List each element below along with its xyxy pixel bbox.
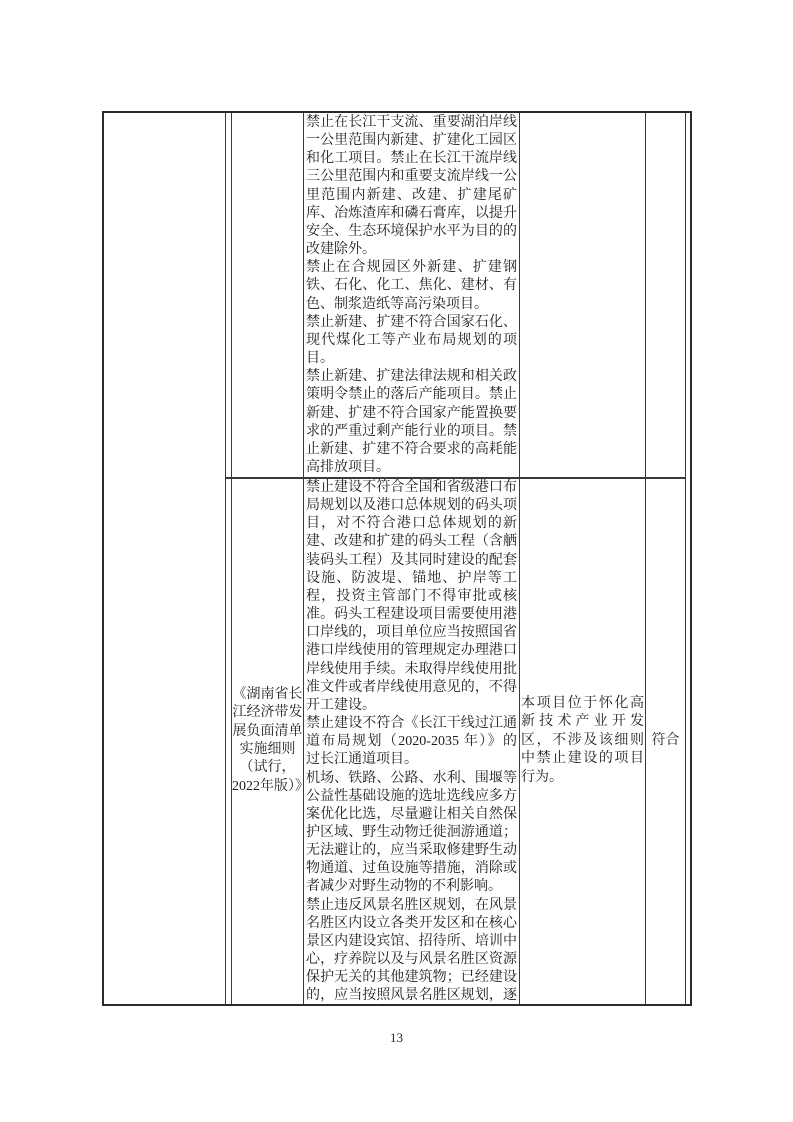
table-grid-line — [225, 113, 226, 1004]
page-number: 13 — [0, 1030, 793, 1046]
requirement-paragraph: 禁止建设不符合全国和省级港口布局规划以及港口总体规划的码头项目，对不符合港口总体… — [306, 479, 517, 715]
regulation-name: 《湖南省长江经济带发展负面清单实施细则（试行，2022年版）》 — [232, 686, 303, 796]
requirements-cell-row1: 禁止在长江干支流、重要湖泊岸线一公里范围内新建、扩建化工园区和化工项目。禁止在长… — [304, 113, 519, 477]
conformity-cell: 符合 — [646, 478, 685, 1004]
requirement-paragraph: 禁止新建、扩建不符合国家石化、现代煤化工等产业布局规划的项目。 — [306, 314, 517, 368]
table-grid-line — [685, 113, 686, 1004]
conformity-verdict: 符合 — [652, 732, 680, 750]
project-situation-cell: 本项目位于怀化高新技术产业开发区，不涉及该细则中禁止建设的项目行为。 — [520, 478, 645, 1004]
requirement-paragraph: 禁止违反风景名胜区规划，在风景名胜区内设立各类开发区和在核心景区内建设宾馆、招待… — [306, 897, 517, 1004]
requirement-paragraph: 禁止在长江干支流、重要湖泊岸线一公里范围内新建、扩建化工园区和化工项目。禁止在长… — [306, 114, 517, 259]
requirement-paragraph: 禁止在合规园区外新建、扩建钢铁、石化、化工、焦化、建材、有色、制浆造纸等高污染项… — [306, 259, 517, 313]
regulation-name-cell: 《湖南省长江经济带发展负面清单实施细则（试行，2022年版）》 — [232, 478, 303, 1004]
document-page: 禁止在长江干支流、重要湖泊岸线一公里范围内新建、扩建化工园区和化工项目。禁止在长… — [0, 0, 793, 1122]
requirement-paragraph: 禁止建设不符合《长江干线过江通道布局规划（2020-2035 年）》的过长江通道… — [306, 715, 517, 769]
compliance-table: 禁止在长江干支流、重要湖泊岸线一公里范围内新建、扩建化工园区和化工项目。禁止在长… — [102, 111, 692, 1006]
requirements-cell-row2: 禁止建设不符合全国和省级港口布局规划以及港口总体规划的码头项目，对不符合港口总体… — [304, 478, 519, 1004]
project-situation-text: 本项目位于怀化高新技术产业开发区，不涉及该细则中禁止建设的项目行为。 — [521, 695, 644, 787]
requirement-paragraph: 机场、铁路、公路、水利、围堰等公益性基础设施的选址选线应多方案优化比选，尽量避让… — [306, 770, 517, 897]
requirement-paragraph: 禁止新建、扩建法律法规和相关政策明令禁止的落后产能项目。禁止新建、扩建不符合国家… — [306, 368, 517, 477]
